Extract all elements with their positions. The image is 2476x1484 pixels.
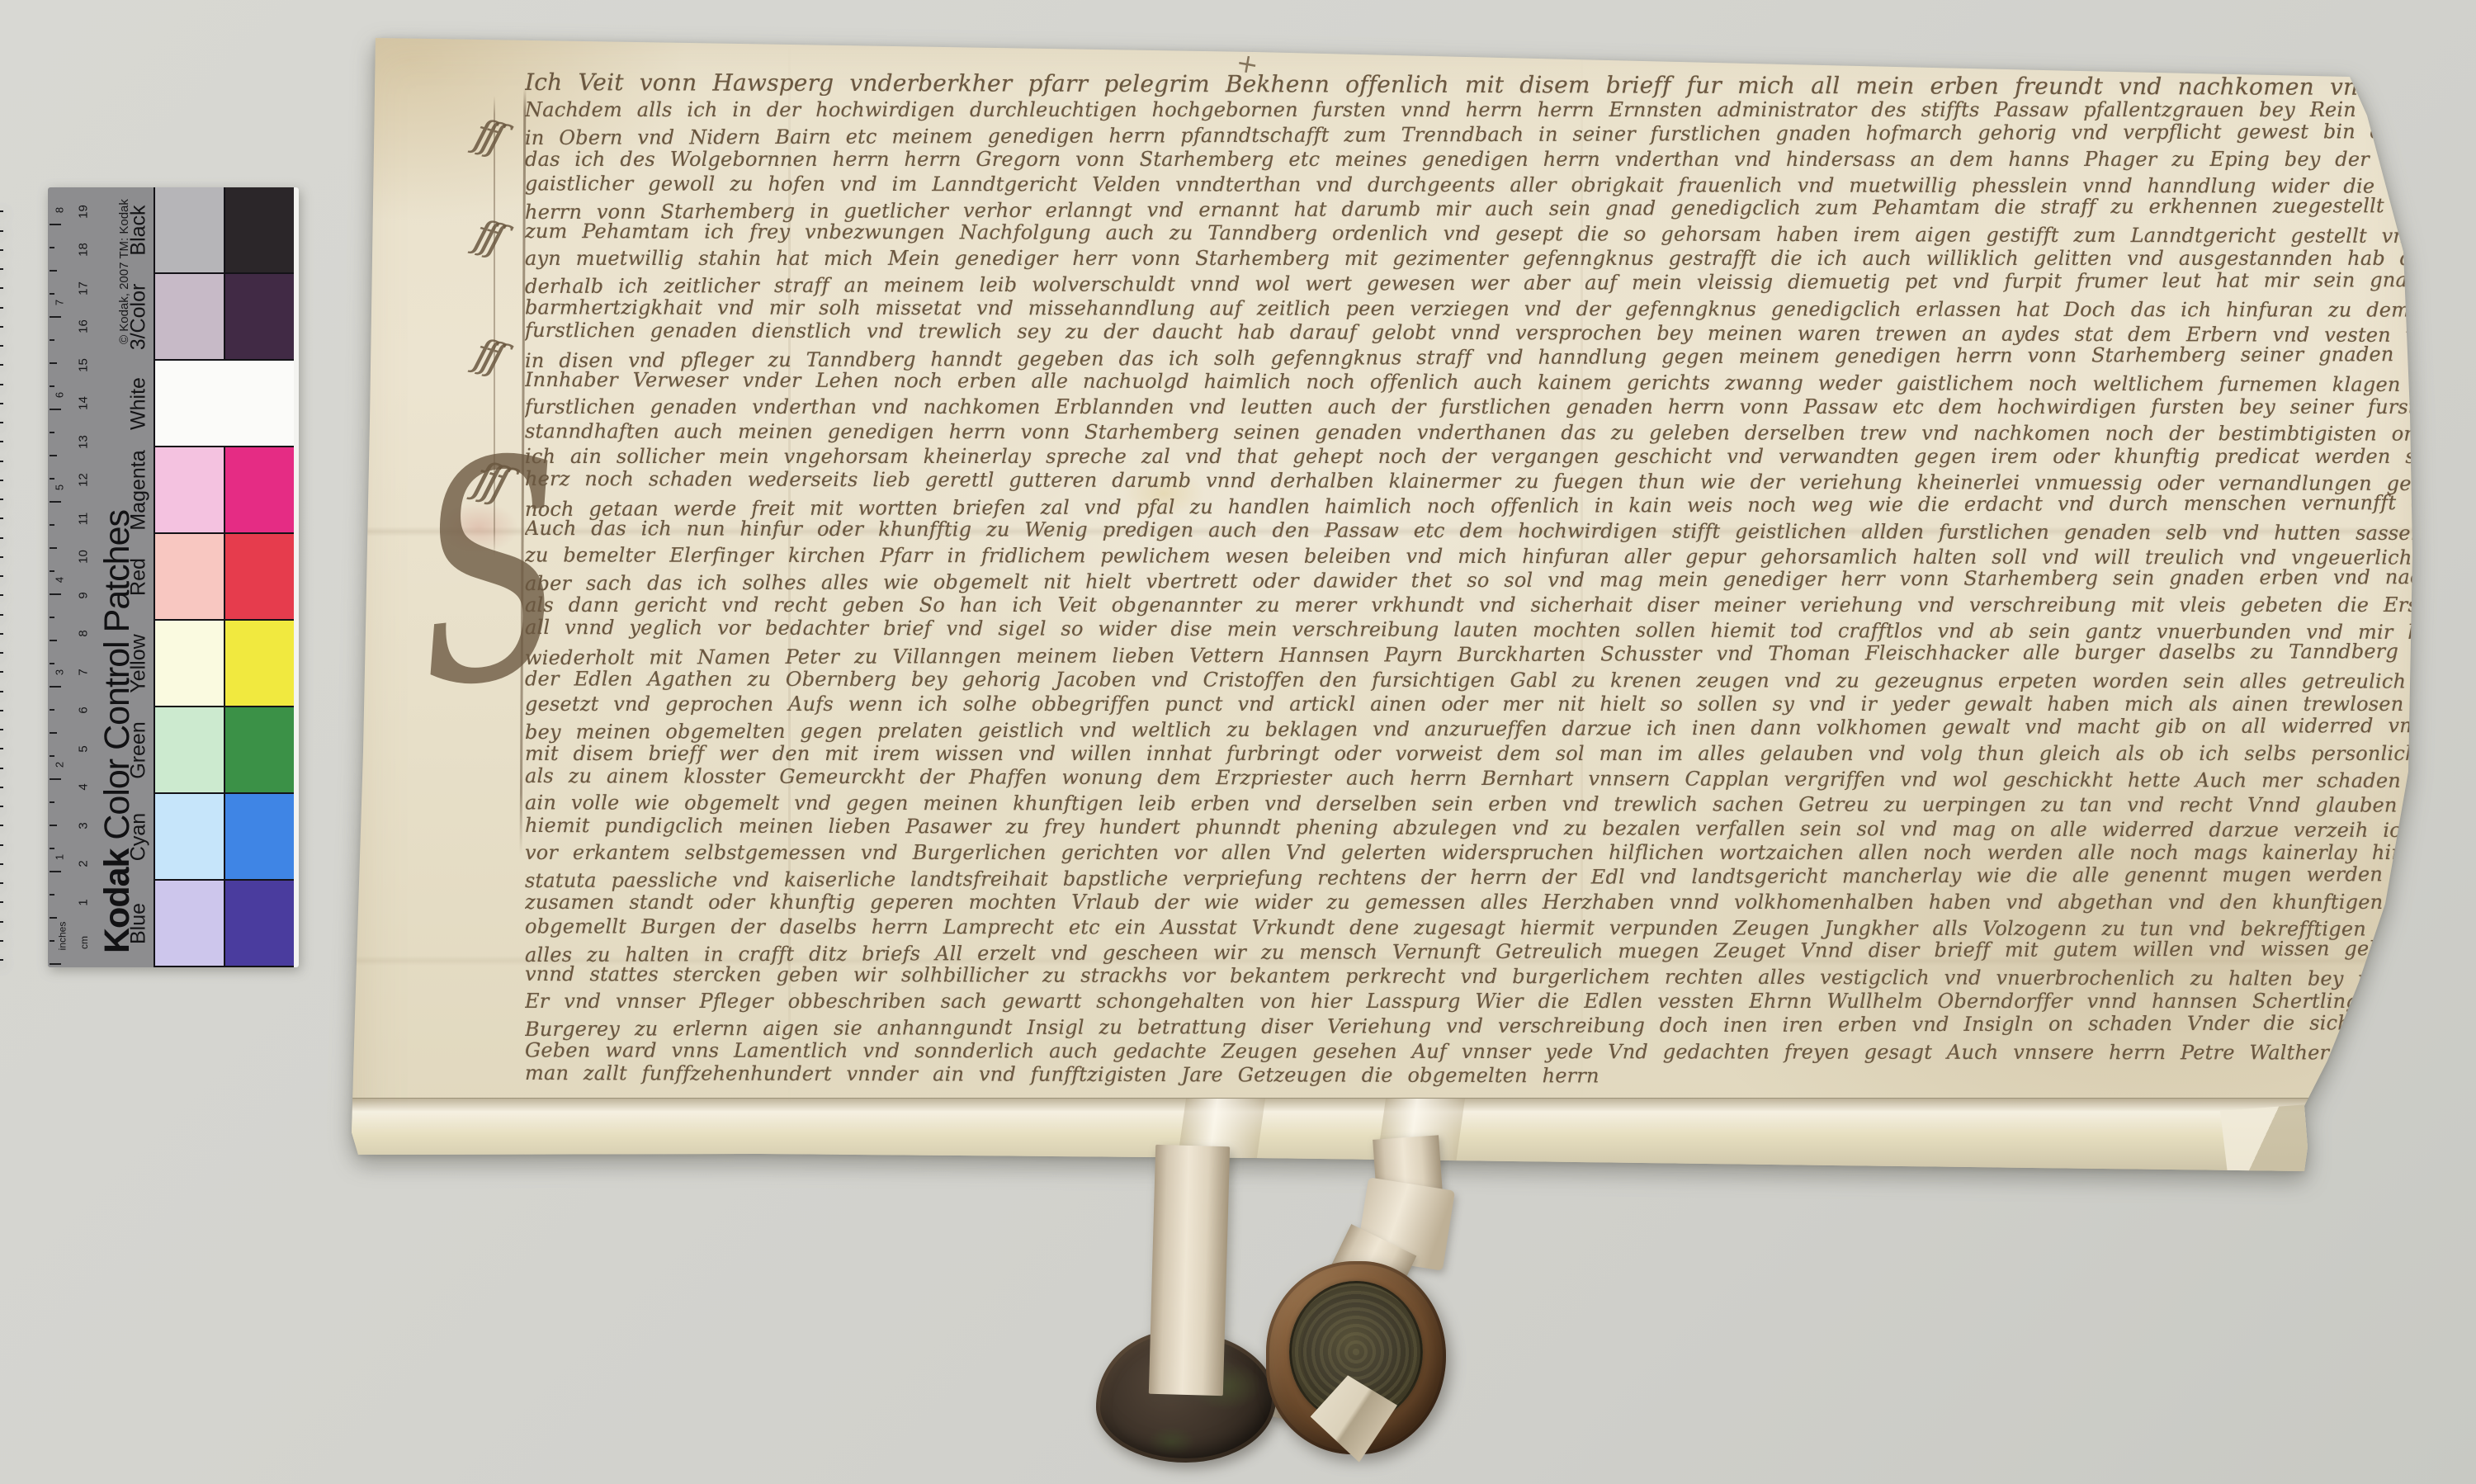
charter-text-line: als dann gericht vnd recht geben So han … (525, 593, 2423, 617)
charter-text-line: Auch das ich nun hinfur oder khunfftig z… (525, 516, 2423, 546)
margin-flourish-mark: ſſſ (470, 329, 503, 380)
charter-text-line: das ich des Wolgebornnen herrn herrn Gre… (525, 147, 2423, 172)
charter-text-line: man zallt funffzehenhundert vnnder ain v… (525, 1061, 2423, 1090)
charter-text-line: als zu ainem klosster Gemeurckht der Pha… (525, 763, 2423, 793)
charter-text-line: Ich Veit vonn Hawsperg vnderberkher pfar… (525, 70, 2423, 100)
charter-text-line: aber sach das ich solhes alles wie obgem… (525, 565, 2423, 596)
charter-text-line: Er vnd vnnser Pfleger obbeschriben sach … (525, 989, 2423, 1014)
charter-text-line: statuta paessliche vnd kaiserliche landt… (525, 862, 2423, 893)
photo-stage: cm inches 123456789101112131415161718191… (0, 0, 2476, 1484)
charter-text-line: zusamen standt oder khunftig geperen moc… (525, 890, 2423, 915)
charter-text-line: stanndhaften auch meinen genedigen herrn… (525, 418, 2423, 446)
charter-text-line: Nachdem alls ich in der hochwirdigen dur… (525, 97, 2423, 122)
charter-text-line: wiederholt mit Namen Peter zu Villanngen… (525, 639, 2423, 670)
charter-text-line: ayn muetwillig stahin hat mich Mein gene… (525, 246, 2423, 271)
charter-text-block: Ich Veit vonn Hawsperg vnderberkher pfar… (525, 73, 2423, 1088)
charter-text-line: derhalb ich zeitlicher straff an meinem … (525, 267, 2423, 299)
charter-text-line: Burgerey zu erlernn aigen sie anhanngund… (525, 1010, 2423, 1042)
charter-text-line: der Edlen Agathen zu Obernberg bey gehor… (525, 666, 2423, 693)
charter-text-line: mit disem brieff wer den mit irem wissen… (525, 741, 2423, 766)
margin-flourish-mark: ſſſ (470, 210, 503, 261)
margin-flourish-mark: ſſſ (470, 110, 503, 160)
charter-text-line: gesetzt vnd geprochen Aufs wenn ich solh… (525, 692, 2423, 716)
charter-text-line: in Obern vnd Nidern Bairn etc meinem gen… (525, 119, 2423, 150)
charter-text-line: Innhaber Verweser vnder Lehen noch erben… (525, 367, 2423, 397)
charter-text-line: ich ain sollicher mein vngehorsam kheine… (525, 444, 2423, 469)
charter-text-line: vor erkantem selbstgemessen vnd Burgerli… (525, 840, 2423, 865)
seal-tag-left (1149, 1145, 1230, 1396)
charter-parchment-wrap: + ſſſſſſſſſſſſ S Ich Veit vonn Hawsperg … (0, 0, 2476, 1484)
charter-parchment: + ſſſſſſſſſſſſ S Ich Veit vonn Hawsperg … (347, 25, 2426, 1180)
charter-text-line: hiemit pundigclich meinen lieben Pasawer… (525, 813, 2423, 843)
charter-text-line: bey meinen obgemelten gegen prelaten gei… (525, 713, 2423, 744)
plica-fold-end (2220, 1104, 2319, 1178)
charter-text-line: furstlichen genaden vnderthan vnd nachko… (525, 395, 2423, 419)
charter-text-line: zum Pehamtam ich frey vnbezwungen Nachfo… (525, 219, 2423, 248)
charter-text-line: vnnd stattes stercken geben wir solhbill… (525, 962, 2423, 991)
